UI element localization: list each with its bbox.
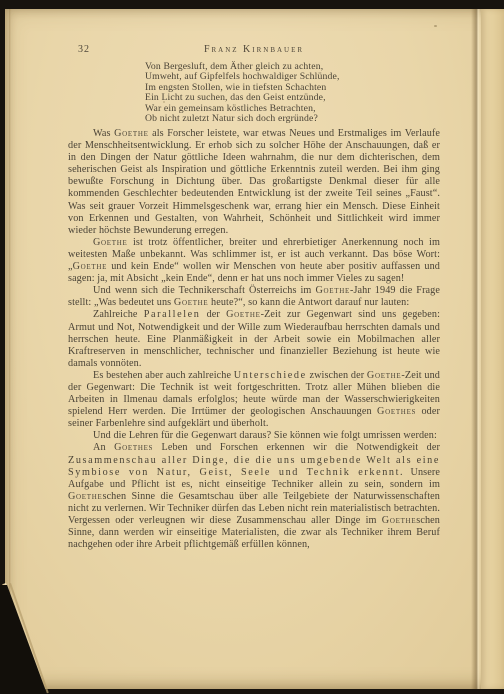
small-caps-name: Goethe [382,515,417,526]
body-text-segment: Es bestehen aber auch zahlreiche [93,370,234,381]
paper-speck [434,25,437,27]
paragraph: An Goethes Leben und Forschen erkennen w… [68,442,440,551]
paragraph: Was Goethe als Forscher leistete, war et… [68,128,440,237]
paragraph: Und wenn sich die Technikerschaft Österr… [68,285,440,309]
small-caps-name: Goethe [73,261,108,272]
emphasized-spaced-text: Unterschiede [234,370,307,381]
emphasized-spaced-text: Zusammenschau aller Dinge, die die uns u… [68,455,440,478]
body-text-segment: und kein Ende“ wollen wir Menschen von h… [68,261,440,284]
small-caps-name: Goethe [315,285,350,296]
body-text-segment: Was [93,128,114,139]
small-caps-name: Goethe [174,297,209,308]
scanned-book-page: 32 Franz Kirnbauer Von Bergesluft, dem Ä… [0,0,504,694]
small-caps-name: Goethe [226,309,261,320]
body-text-segment: Und wenn sich die Technikerschaft Österr… [93,285,315,296]
small-caps-name: Goethes [114,442,153,453]
poem-epigraph: Von Bergesluft, dem Äther gleich zu acht… [145,62,405,125]
small-caps-name: Goethe [114,128,149,139]
body-text-segment: zwischen der [307,370,367,381]
emphasized-spaced-text: Parallelen [144,309,201,320]
gutter-crease [471,9,481,689]
body-text-segment: als Forscher leistete, war etwas Neues u… [68,128,440,236]
small-caps-name: Goethe [68,491,103,502]
body-text-segment: Zahlreiche [93,309,144,320]
running-head-row: 32 Franz Kirnbauer [68,44,440,58]
paragraph: Und die Lehren für die Gegenwart daraus?… [68,430,440,442]
paragraph: Es bestehen aber auch zahlreiche Untersc… [68,370,440,430]
running-header-author: Franz Kirnbauer [68,44,440,55]
paragraph: Zahlreiche Parallelen der Goethe-Zeit zu… [68,309,440,369]
body-text-segment: Und die Lehren für die Gegenwart daraus?… [93,430,437,441]
body-text-segment: der [200,309,226,320]
paragraph: Goethe ist trotz öffentlicher, breiter u… [68,237,440,285]
article-body: Was Goethe als Forscher leistete, war et… [68,128,440,551]
body-text-segment: An [93,442,114,453]
binding-edge-strip [481,9,504,689]
poem-line: Ob nicht zuletzt Natur sich doch ergründ… [145,114,405,124]
small-caps-name: Goethes [377,406,416,417]
body-text-segment: heute?“, so kann die Antwort darauf nur … [208,297,409,308]
small-caps-name: Goethe [93,237,128,248]
body-text-segment: Leben und Forschen erkennen wir die Notw… [153,442,440,453]
small-caps-name: Goethe [367,370,402,381]
